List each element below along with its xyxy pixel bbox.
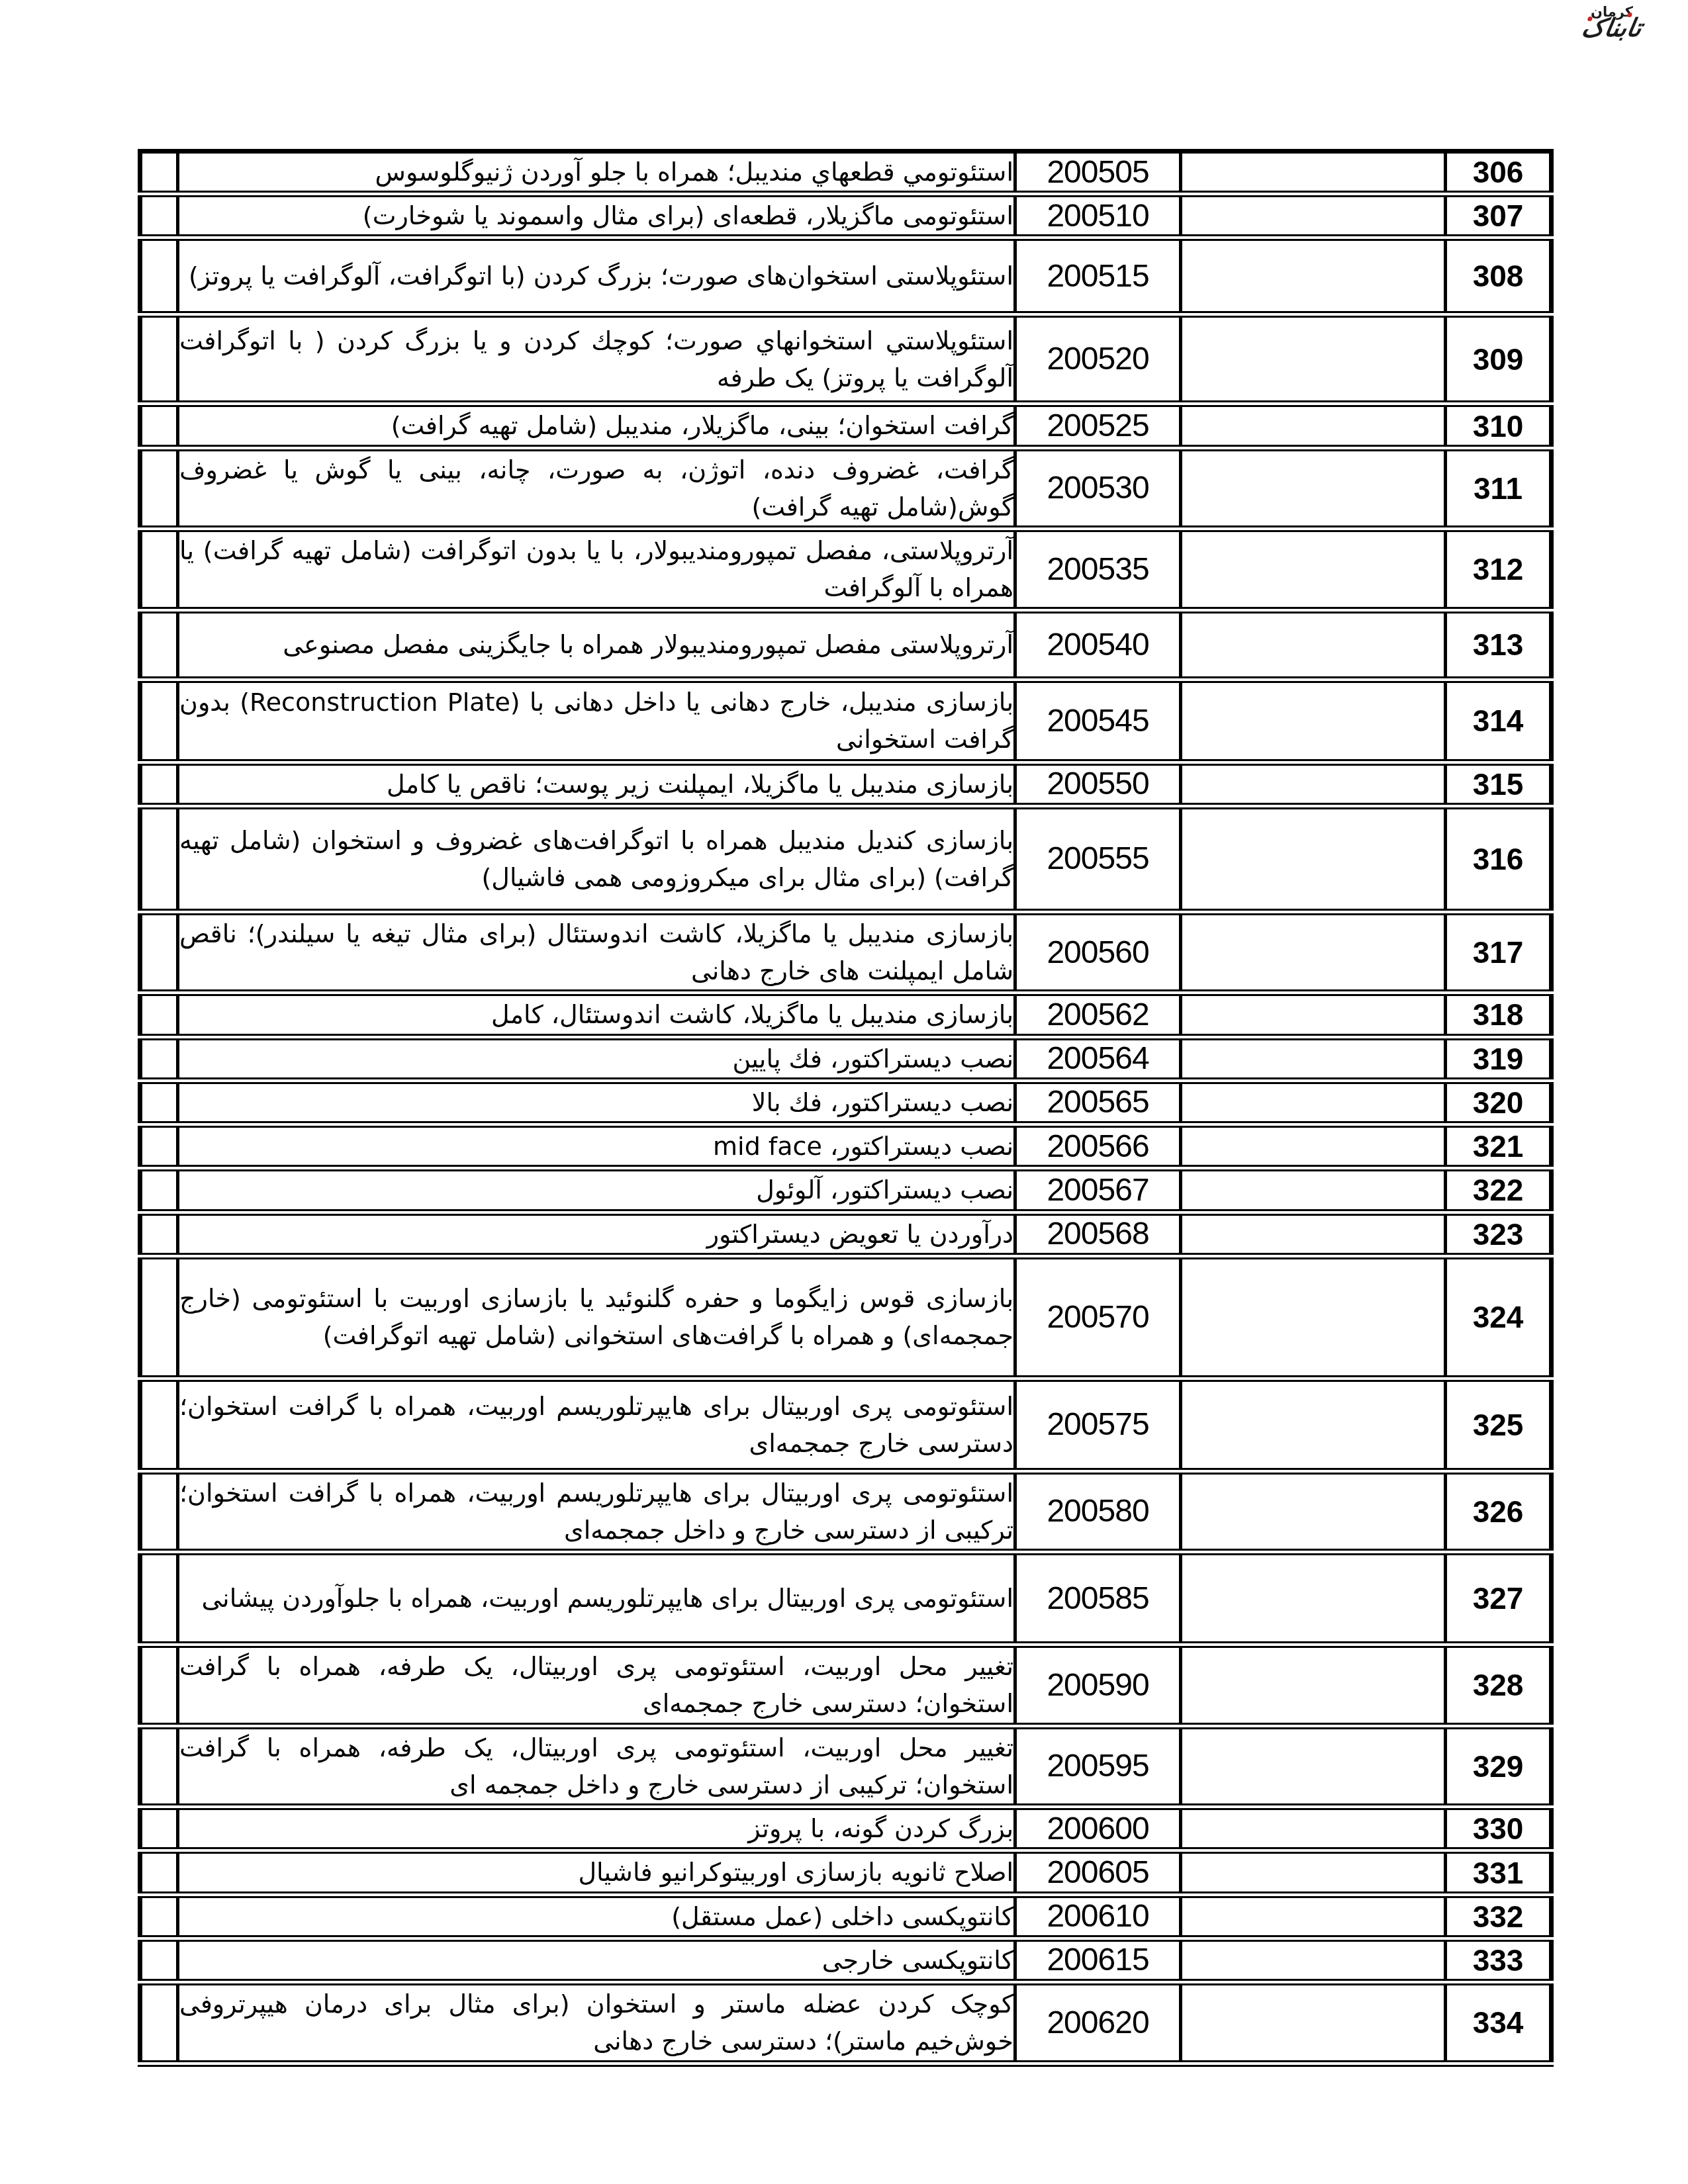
empty-value-cell xyxy=(1181,529,1446,610)
row-number-cell: 321 xyxy=(1446,1124,1552,1168)
code-cell: 200564 xyxy=(1015,1037,1181,1081)
gutter-cell xyxy=(140,152,178,195)
empty-value-cell xyxy=(1181,1037,1446,1081)
table-row: 316 200555 بازسازی کندیل مندیبل همراه با… xyxy=(140,806,1552,912)
code-cell: 200568 xyxy=(1015,1212,1181,1256)
empty-value-cell xyxy=(1181,1807,1446,1850)
row-number-cell: 331 xyxy=(1446,1850,1552,1894)
description-cell: کانتوپکسی خارجی xyxy=(178,1938,1015,1982)
row-number-cell: 313 xyxy=(1446,610,1552,680)
table-row: 328 200590 تغییر محل اوربیت، استئوتومی پ… xyxy=(140,1645,1552,1725)
description-cell: نصب دیستراکتور، آلوئول xyxy=(178,1168,1015,1212)
empty-value-cell xyxy=(1181,1212,1446,1256)
table-row: 320 200565 نصب دیستراکتور، فك بالا xyxy=(140,1081,1552,1124)
row-number-cell: 306 xyxy=(1446,152,1552,195)
description-cell: بازسازی مندیبل یا ماگزیلا، کاشت اندوستئا… xyxy=(178,993,1015,1036)
gutter-cell xyxy=(140,238,178,314)
gutter-cell xyxy=(140,529,178,610)
description-cell: بازسازی کندیل مندیبل همراه با اتوگرافت‌ه… xyxy=(178,806,1015,912)
gutter-cell xyxy=(140,1037,178,1081)
gutter-cell xyxy=(140,762,178,806)
table-row: 319 200564 نصب دیستراکتور، فك پایین xyxy=(140,1037,1552,1081)
table-row: 309 200520 استئوپلاستي استخوانهاي صورت؛ … xyxy=(140,314,1552,404)
row-number-cell: 318 xyxy=(1446,993,1552,1036)
description-cell: تغییر محل اوربیت، استئوتومی پری اوربیتال… xyxy=(178,1645,1015,1725)
description-cell: بزرگ کردن گونه، با پروتز xyxy=(178,1807,1015,1850)
table-row: 324 200570 بازسازی قوس زایگوما و حفره گل… xyxy=(140,1256,1552,1379)
empty-value-cell xyxy=(1181,1938,1446,1982)
empty-value-cell xyxy=(1181,1168,1446,1212)
empty-value-cell xyxy=(1181,194,1446,238)
code-cell: 200566 xyxy=(1015,1124,1181,1168)
description-cell: اصلاح ثانویه بازسازی اوربیتوکرانیو فاشیا… xyxy=(178,1850,1015,1894)
code-cell: 200567 xyxy=(1015,1168,1181,1212)
row-number-cell: 320 xyxy=(1446,1081,1552,1124)
table-row: 332 200610 کانتوپکسی داخلی (عمل مستقل) xyxy=(140,1895,1552,1938)
empty-value-cell xyxy=(1181,912,1446,993)
row-number-cell: 327 xyxy=(1446,1552,1552,1645)
gutter-cell xyxy=(140,448,178,529)
row-number-cell: 311 xyxy=(1446,448,1552,529)
gutter-cell xyxy=(140,1552,178,1645)
code-cell: 200555 xyxy=(1015,806,1181,912)
table-row: 310 200525 گرافت استخوان؛ بینی، ماگزیلار… xyxy=(140,404,1552,447)
code-cell: 200600 xyxy=(1015,1807,1181,1850)
procedure-codes-table: 306 200505 استئوتومي قطعهاي منديبل؛ همرا… xyxy=(138,149,1554,2067)
table-row: 329 200595 تغییر محل اوربیت، استئوتومی پ… xyxy=(140,1726,1552,1807)
gutter-cell xyxy=(140,1256,178,1379)
empty-value-cell xyxy=(1181,610,1446,680)
description-cell: تغییر محل اوربیت، استئوتومی پری اوربیتال… xyxy=(178,1726,1015,1807)
gutter-cell xyxy=(140,1850,178,1894)
row-number-cell: 329 xyxy=(1446,1726,1552,1807)
row-number-cell: 334 xyxy=(1446,1982,1552,2063)
gutter-cell xyxy=(140,1982,178,2063)
description-cell: استئوتومی پری اوربیتال برای هایپرتلوریسم… xyxy=(178,1379,1015,1471)
empty-value-cell xyxy=(1181,1850,1446,1894)
empty-value-cell xyxy=(1181,1081,1446,1124)
description-cell: نصب دیستراکتور، فك بالا xyxy=(178,1081,1015,1124)
code-cell: 200530 xyxy=(1015,448,1181,529)
empty-value-cell xyxy=(1181,806,1446,912)
code-cell: 200620 xyxy=(1015,1982,1181,2063)
gutter-cell xyxy=(140,912,178,993)
code-cell: 200562 xyxy=(1015,993,1181,1036)
row-number-cell: 309 xyxy=(1446,314,1552,404)
row-number-cell: 316 xyxy=(1446,806,1552,912)
row-number-cell: 310 xyxy=(1446,404,1552,447)
row-number-cell: 319 xyxy=(1446,1037,1552,1081)
description-cell: استئوتومي قطعهاي منديبل؛ همراه با جلو آو… xyxy=(178,152,1015,195)
table-row: 322 200567 نصب دیستراکتور، آلوئول xyxy=(140,1168,1552,1212)
row-number-cell: 308 xyxy=(1446,238,1552,314)
table-row: 326 200580 استئوتومی پری اوربیتال برای ه… xyxy=(140,1471,1552,1552)
code-cell: 200595 xyxy=(1015,1726,1181,1807)
gutter-cell xyxy=(140,1645,178,1725)
row-number-cell: 328 xyxy=(1446,1645,1552,1725)
description-cell: استئوپلاستي استخوانهاي صورت؛ کوچك کردن و… xyxy=(178,314,1015,404)
empty-value-cell xyxy=(1181,1645,1446,1725)
description-cell: درآوردن یا تعویض دیستراکتور xyxy=(178,1212,1015,1256)
empty-value-cell xyxy=(1181,404,1446,447)
code-cell: 200610 xyxy=(1015,1895,1181,1938)
row-number-cell: 323 xyxy=(1446,1212,1552,1256)
code-cell: 200560 xyxy=(1015,912,1181,993)
description-cell: کانتوپکسی داخلی (عمل مستقل) xyxy=(178,1895,1015,1938)
gutter-cell xyxy=(140,1895,178,1938)
table-row: 333 200615 کانتوپکسی خارجی xyxy=(140,1938,1552,1982)
description-cell: آرتروپلاستی مفصل تمپورومندیبولار همراه ب… xyxy=(178,610,1015,680)
gutter-cell xyxy=(140,806,178,912)
table-row: 330 200600 بزرگ کردن گونه، با پروتز xyxy=(140,1807,1552,1850)
row-number-cell: 333 xyxy=(1446,1938,1552,1982)
table-row: 317 200560 بازسازی مندیبل یا ماگزیلا، کا… xyxy=(140,912,1552,993)
empty-value-cell xyxy=(1181,152,1446,195)
code-cell: 200505 xyxy=(1015,152,1181,195)
table-row: 313 200540 آرتروپلاستی مفصل تمپورومندیبو… xyxy=(140,610,1552,680)
gutter-cell xyxy=(140,1212,178,1256)
code-cell: 200585 xyxy=(1015,1552,1181,1645)
gutter-cell xyxy=(140,1081,178,1124)
table-row: 307 200510 استئوتومی ماگزیلار، قطعه‌ای (… xyxy=(140,194,1552,238)
empty-value-cell xyxy=(1181,1552,1446,1645)
code-cell: 200580 xyxy=(1015,1471,1181,1552)
row-number-cell: 324 xyxy=(1446,1256,1552,1379)
description-cell: بازسازی مندیبل یا ماگزیلا، کاشت اندوستئا… xyxy=(178,912,1015,993)
row-number-cell: 332 xyxy=(1446,1895,1552,1938)
code-cell: 200545 xyxy=(1015,680,1181,762)
row-number-cell: 307 xyxy=(1446,194,1552,238)
gutter-cell xyxy=(140,194,178,238)
empty-value-cell xyxy=(1181,1471,1446,1552)
logo-main-text: تابناک xyxy=(1580,15,1644,40)
table-row: 325 200575 استئوتومی پری اوربیتال برای ه… xyxy=(140,1379,1552,1471)
gutter-cell xyxy=(140,404,178,447)
empty-value-cell xyxy=(1181,1982,1446,2063)
empty-value-cell xyxy=(1181,1895,1446,1938)
description-cell: آرتروپلاستی، مفصل تمپورومندیبولار، با یا… xyxy=(178,529,1015,610)
code-cell: 200550 xyxy=(1015,762,1181,806)
table-row: 314 200545 بازسازی مندیبل، خارج دهانی یا… xyxy=(140,680,1552,762)
description-cell: نصب دیستراکتور، mid face xyxy=(178,1124,1015,1168)
code-cell: 200590 xyxy=(1015,1645,1181,1725)
codes-table-body: 306 200505 استئوتومي قطعهاي منديبل؛ همرا… xyxy=(140,152,1552,2064)
row-number-cell: 312 xyxy=(1446,529,1552,610)
description-cell: استئوتومی پری اوربیتال برای هایپرتلوریسم… xyxy=(178,1471,1015,1552)
gutter-cell xyxy=(140,1124,178,1168)
code-cell: 200615 xyxy=(1015,1938,1181,1982)
code-cell: 200540 xyxy=(1015,610,1181,680)
table-row: 334 200620 کوچک کردن عضله ماستر و استخوا… xyxy=(140,1982,1552,2063)
code-cell: 200575 xyxy=(1015,1379,1181,1471)
code-cell: 200570 xyxy=(1015,1256,1181,1379)
empty-value-cell xyxy=(1181,993,1446,1036)
empty-value-cell xyxy=(1181,680,1446,762)
empty-value-cell xyxy=(1181,1256,1446,1379)
empty-value-cell xyxy=(1181,238,1446,314)
table-row: 312 200535 آرتروپلاستی، مفصل تمپورومندیب… xyxy=(140,529,1552,610)
description-cell: استئوپلاستی استخوان‌های صورت؛ بزرگ کردن … xyxy=(178,238,1015,314)
gutter-cell xyxy=(140,1379,178,1471)
code-cell: 200525 xyxy=(1015,404,1181,447)
description-cell: بازسازی مندیبل، خارج دهانی یا داخل دهانی… xyxy=(178,680,1015,762)
table-row: 323 200568 درآوردن یا تعویض دیستراکتور xyxy=(140,1212,1552,1256)
table-row: 318 200562 بازسازی مندیبل یا ماگزیلا، کا… xyxy=(140,993,1552,1036)
table-row: 311 200530 گرافت، غضروف دنده، اتوژن، به … xyxy=(140,448,1552,529)
row-number-cell: 322 xyxy=(1446,1168,1552,1212)
empty-value-cell xyxy=(1181,762,1446,806)
gutter-cell xyxy=(140,1938,178,1982)
row-number-cell: 325 xyxy=(1446,1379,1552,1471)
code-cell: 200515 xyxy=(1015,238,1181,314)
empty-value-cell xyxy=(1181,1379,1446,1471)
gutter-cell xyxy=(140,993,178,1036)
description-cell: بازسازی مندیبل یا ماگزیلا، ایمپلنت زیر پ… xyxy=(178,762,1015,806)
table-row: 306 200505 استئوتومي قطعهاي منديبل؛ همرا… xyxy=(140,152,1552,195)
code-cell: 200520 xyxy=(1015,314,1181,404)
description-cell: کوچک کردن عضله ماستر و استخوان (برای مثا… xyxy=(178,1982,1015,2063)
description-cell: استئوتومی ماگزیلار، قطعه‌ای (برای مثال و… xyxy=(178,194,1015,238)
table-row: 315 200550 بازسازی مندیبل یا ماگزیلا، ای… xyxy=(140,762,1552,806)
empty-value-cell xyxy=(1181,448,1446,529)
table-row: 321 200566 نصب دیستراکتور، mid face xyxy=(140,1124,1552,1168)
empty-value-cell xyxy=(1181,1726,1446,1807)
code-cell: 200565 xyxy=(1015,1081,1181,1124)
tabnak-kerman-logo: کرمان تابناک xyxy=(1549,5,1675,40)
row-number-cell: 326 xyxy=(1446,1471,1552,1552)
empty-value-cell xyxy=(1181,1124,1446,1168)
row-number-cell: 314 xyxy=(1446,680,1552,762)
code-cell: 200510 xyxy=(1015,194,1181,238)
description-cell: استئوتومی پری اوربیتال برای هایپرتلوریسم… xyxy=(178,1552,1015,1645)
table-row: 308 200515 استئوپلاستی استخوان‌های صورت؛… xyxy=(140,238,1552,314)
empty-value-cell xyxy=(1181,314,1446,404)
gutter-cell xyxy=(140,610,178,680)
code-cell: 200605 xyxy=(1015,1850,1181,1894)
table-row: 331 200605 اصلاح ثانویه بازسازی اوربیتوک… xyxy=(140,1850,1552,1894)
description-cell: گرافت استخوان؛ بینی، ماگزیلار، مندیبل (ش… xyxy=(178,404,1015,447)
description-cell: بازسازی قوس زایگوما و حفره گلنوئید یا با… xyxy=(178,1256,1015,1379)
gutter-cell xyxy=(140,680,178,762)
gutter-cell xyxy=(140,1168,178,1212)
gutter-cell xyxy=(140,1807,178,1850)
table-row: 327 200585 استئوتومی پری اوربیتال برای ه… xyxy=(140,1552,1552,1645)
gutter-cell xyxy=(140,1726,178,1807)
description-cell: گرافت، غضروف دنده، اتوژن، به صورت، چانه،… xyxy=(178,448,1015,529)
row-number-cell: 315 xyxy=(1446,762,1552,806)
gutter-cell xyxy=(140,1471,178,1552)
code-cell: 200535 xyxy=(1015,529,1181,610)
description-cell: نصب دیستراکتور، فك پایین xyxy=(178,1037,1015,1081)
gutter-cell xyxy=(140,314,178,404)
row-number-cell: 317 xyxy=(1446,912,1552,993)
row-number-cell: 330 xyxy=(1446,1807,1552,1850)
